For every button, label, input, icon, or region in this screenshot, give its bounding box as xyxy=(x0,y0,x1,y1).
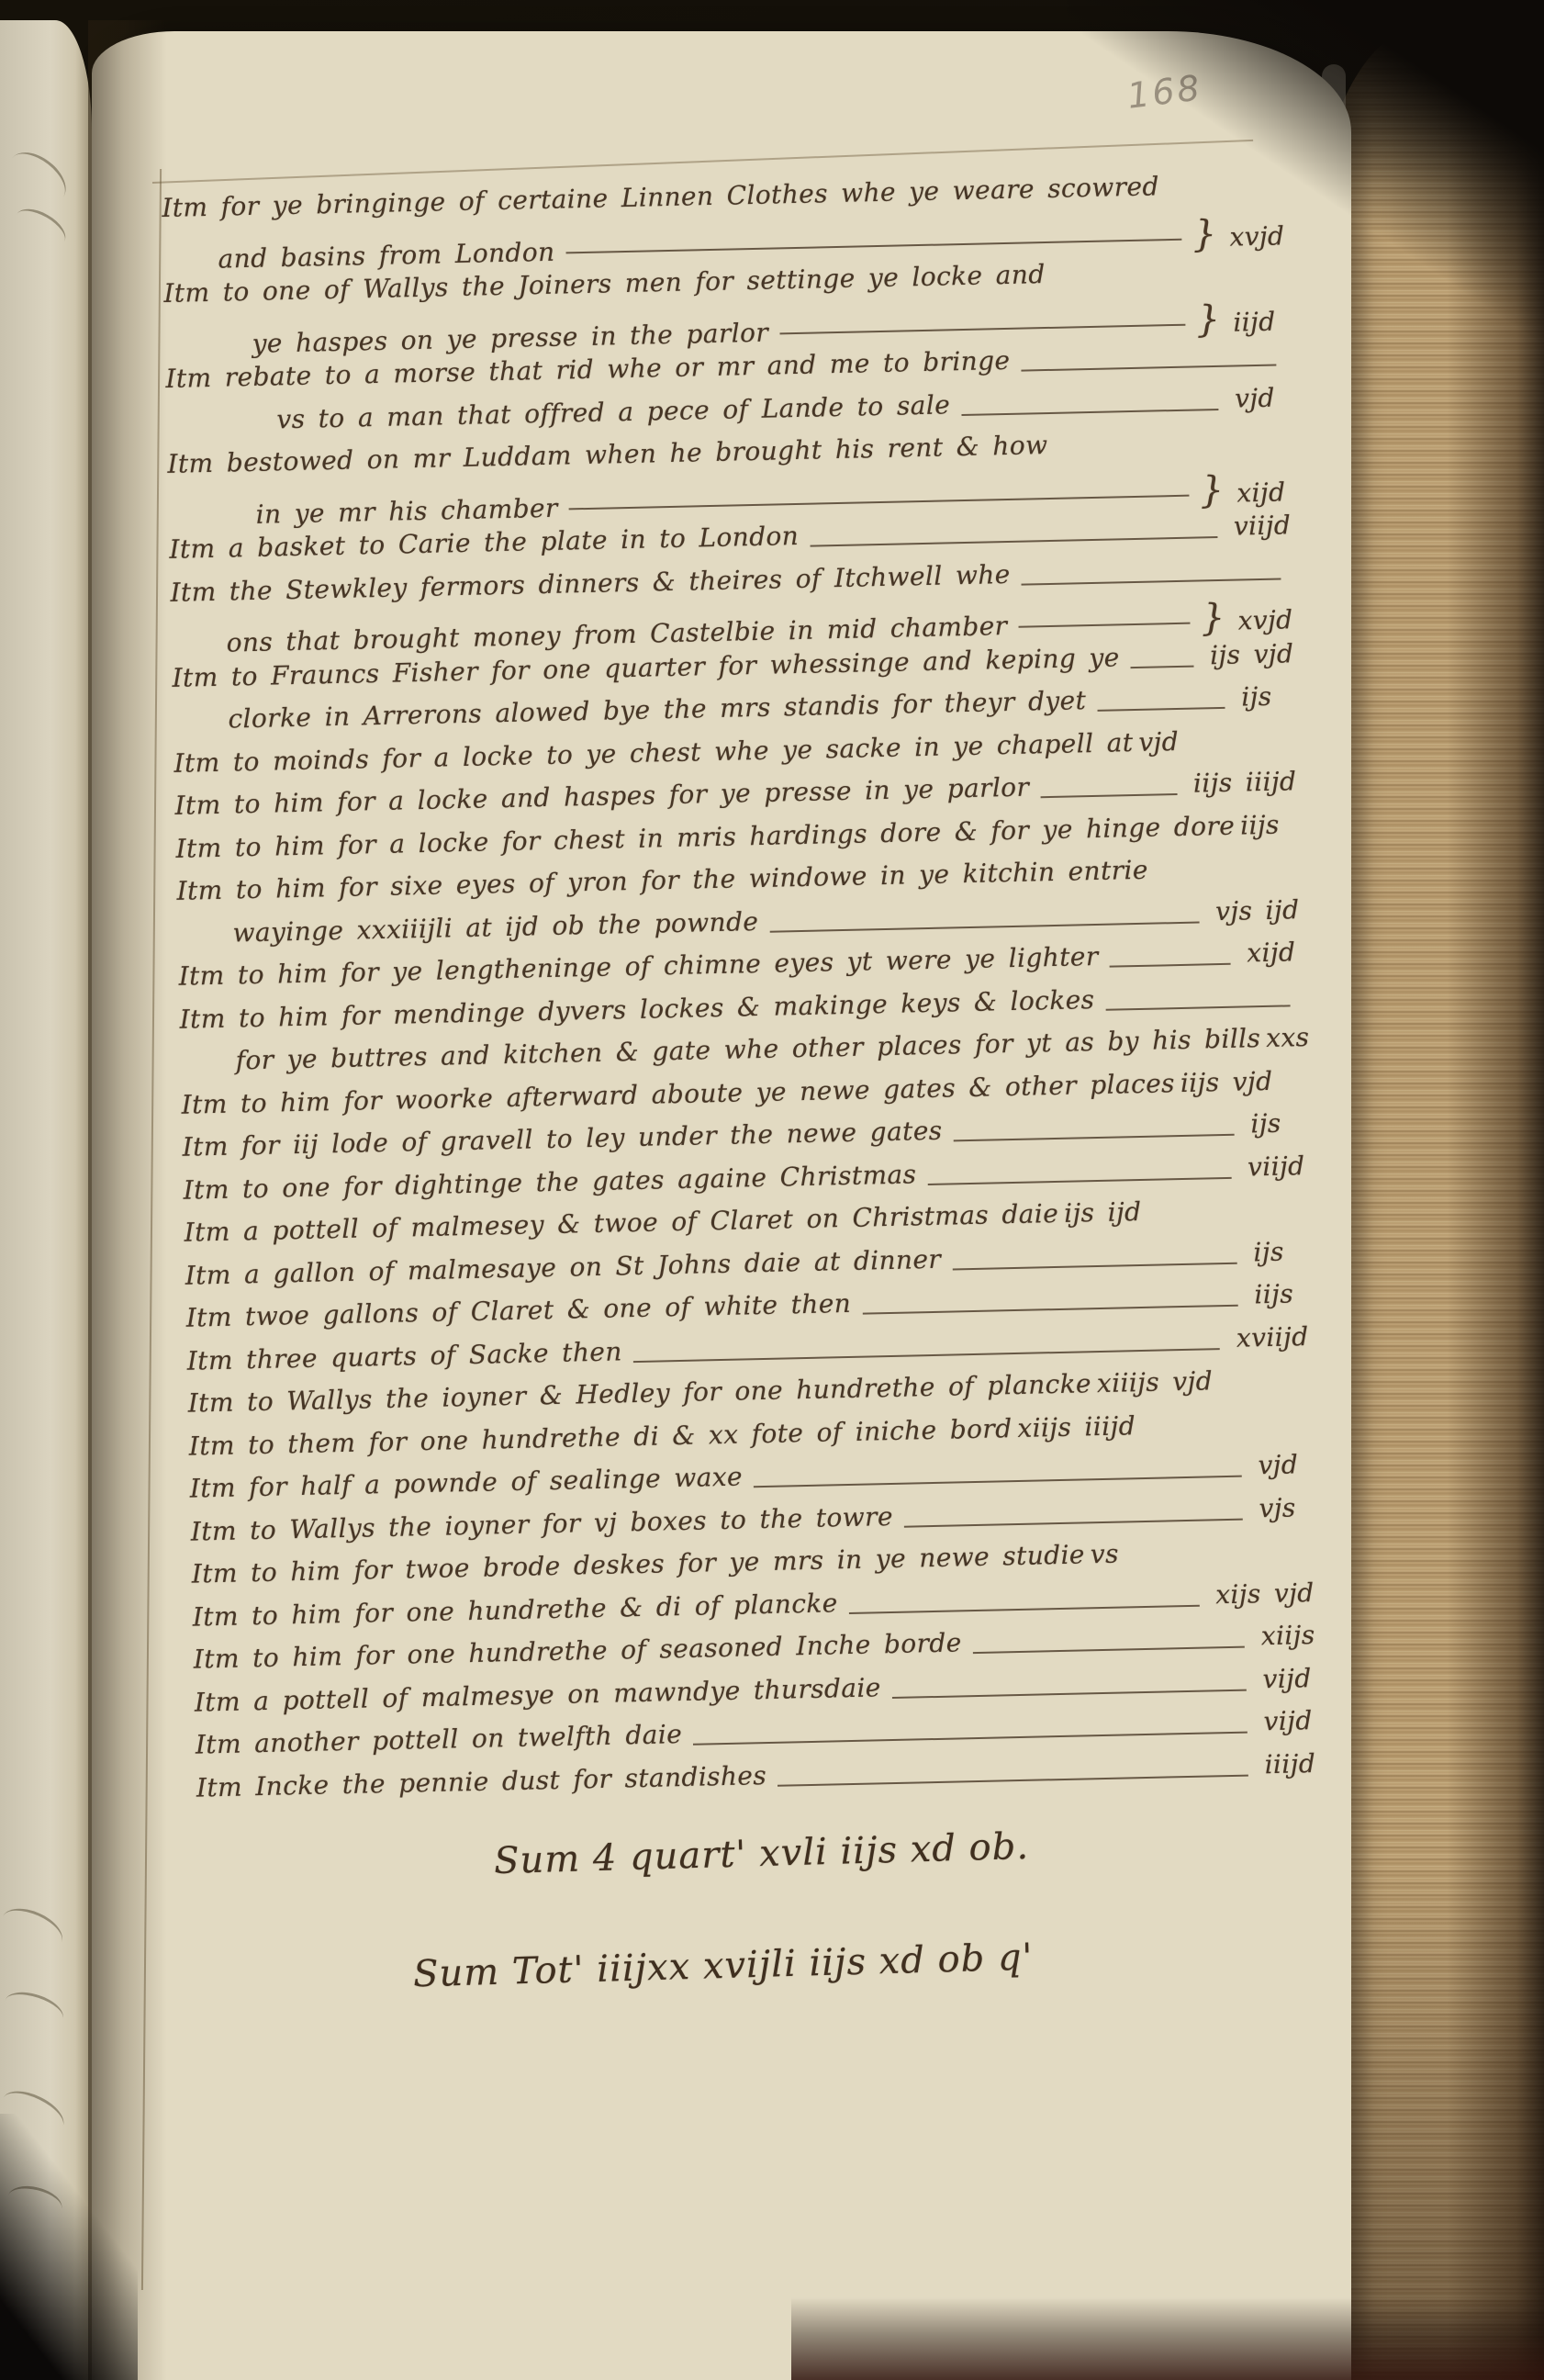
amount-text: ijs vjd xyxy=(1210,638,1294,670)
amount-text: vjs ijd xyxy=(1215,894,1300,926)
leader-line xyxy=(952,1262,1236,1270)
leader-line xyxy=(1097,707,1225,712)
amount-text: vjd xyxy=(1258,1449,1312,1480)
amount-text: ijs xyxy=(1241,680,1295,712)
amount-text: viijd xyxy=(1233,510,1291,541)
amount-text: ijs xyxy=(1250,1107,1304,1139)
leader-line xyxy=(849,1604,1200,1613)
facing-page-ink-stroke xyxy=(1,1986,68,2034)
leader-line xyxy=(904,1518,1243,1527)
facing-page-ink-stroke xyxy=(0,142,75,213)
leader-line xyxy=(892,1689,1247,1698)
amount-text: vjd xyxy=(1138,725,1192,757)
amount-text: xvjd xyxy=(1237,604,1293,635)
leader-line xyxy=(1022,578,1281,585)
amount-text: iijs vjd xyxy=(1180,1065,1272,1097)
amount-text: xijd xyxy=(1247,937,1301,968)
amount-text: iijs iiijd xyxy=(1193,766,1297,798)
leader-line xyxy=(954,1134,1235,1142)
amount-text: xiijs xyxy=(1260,1620,1315,1651)
leader-line xyxy=(693,1732,1248,1746)
amount-text: xiiijs vjd xyxy=(1097,1365,1214,1398)
amount-text: vijd xyxy=(1263,1705,1317,1736)
leader-line xyxy=(633,1348,1220,1363)
leader-line xyxy=(778,1774,1248,1786)
leader-line xyxy=(1110,963,1231,968)
leader-line xyxy=(862,1305,1237,1315)
sum-quarter-line: Sum 4 quart' xvli iijs xd ob. xyxy=(493,1825,1029,1882)
gutter-shadow xyxy=(88,20,167,2380)
leader-line xyxy=(973,1646,1245,1654)
leader-line xyxy=(1018,623,1190,628)
shadow-top-right xyxy=(1067,0,1544,432)
book-photo: 168 Itm for ye bringinge of certaine Lin… xyxy=(0,0,1544,2380)
facing-page-ink-stroke xyxy=(0,1900,69,1959)
amount-text: iiijd xyxy=(1264,1747,1318,1779)
leader-line xyxy=(754,1476,1242,1488)
sum-total-line: Sum Tot' iiijxx xvijli iijs xd ob q' xyxy=(412,1937,1034,1996)
leader-line xyxy=(769,921,1199,932)
facing-page-ink-stroke xyxy=(9,201,72,255)
leader-line xyxy=(1131,665,1194,668)
leader-line xyxy=(1106,1005,1291,1010)
entry-text: Itm for ye bringinge of certaine Linnen … xyxy=(162,171,1159,223)
amount-text: vs xyxy=(1090,1538,1144,1569)
amount-text: xxs xyxy=(1266,1022,1320,1053)
brace-mark: } xyxy=(1200,468,1225,511)
leader-line xyxy=(569,494,1190,510)
amount-text: vijd xyxy=(1262,1662,1316,1693)
amount-text: xiijs iiijd xyxy=(1017,1410,1136,1443)
leader-line xyxy=(810,536,1217,547)
leader-line xyxy=(1040,793,1177,798)
amount-text: ijs xyxy=(1253,1236,1307,1267)
shadow-bottom-left xyxy=(0,2114,138,2380)
amount-text: ijs ijd xyxy=(1064,1196,1142,1229)
entry-text: and basins from London xyxy=(218,236,555,274)
amount-text: vjs xyxy=(1259,1491,1313,1522)
amount-text: xijd xyxy=(1236,477,1291,508)
facing-page-sliver xyxy=(0,20,92,2380)
leader-line xyxy=(928,1177,1232,1185)
amount-text: xijs vjd xyxy=(1215,1577,1315,1609)
amount-text: viijd xyxy=(1248,1151,1305,1182)
brace-mark: } xyxy=(1201,597,1225,640)
amount-text: iijs xyxy=(1240,809,1294,840)
amount-text: iijs xyxy=(1254,1278,1308,1309)
entry-text: in ye mr his chamber xyxy=(255,492,558,529)
amount-text: xviijd xyxy=(1236,1321,1309,1353)
shadow-bottom-right xyxy=(791,2297,1544,2380)
